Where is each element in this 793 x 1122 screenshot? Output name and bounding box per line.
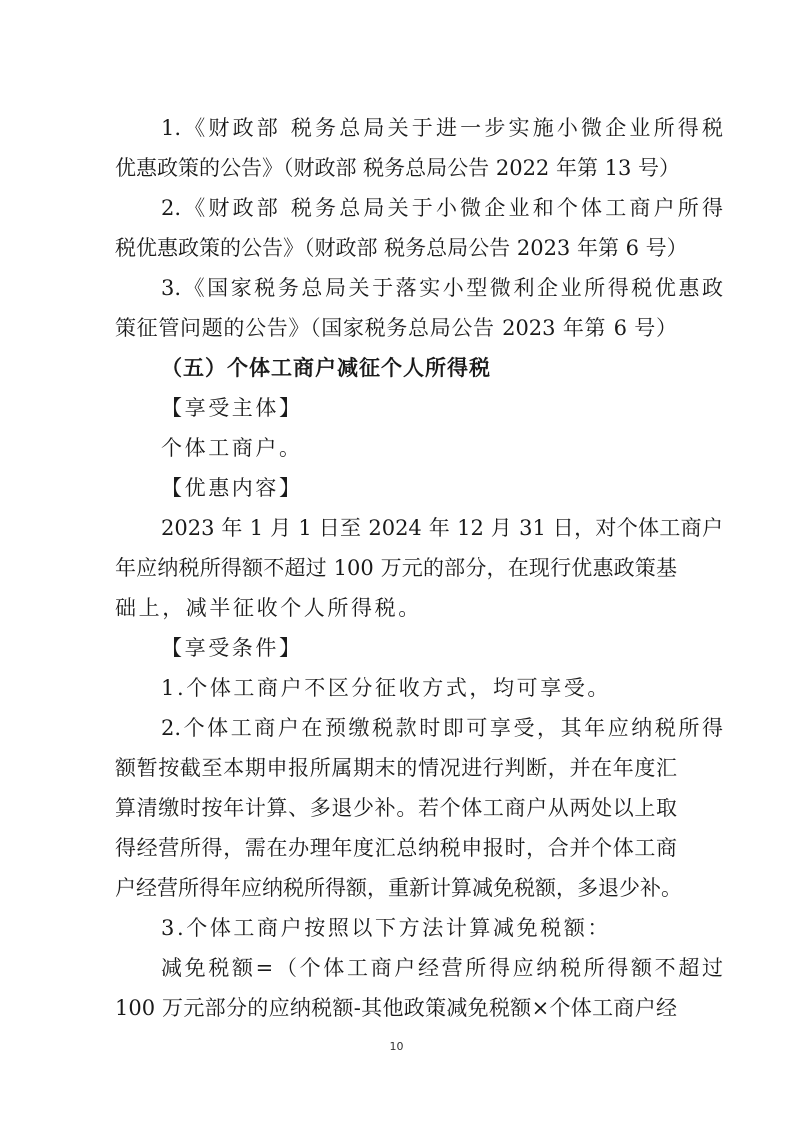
label-benefit-content: 【优惠内容】 (115, 468, 723, 508)
condition-2-line-5: 户经营所得年应纳税所得额，重新计算减免税额，多退少补。 (115, 868, 677, 908)
reference-1-line-2: 优惠政策的公告》（财政部 税务总局公告 2022 年第 13 号） (115, 148, 677, 188)
reference-3-line-1: 3.《国家税务总局关于落实小型微利企业所得税优惠政 (115, 268, 723, 308)
condition-2-line-3: 算清缴时按年计算、多退少补。若个体工商户从两处以上取 (115, 788, 677, 828)
condition-1: 1.个体工商户不区分征收方式，均可享受。 (115, 668, 723, 708)
page-number: 10 (0, 1040, 793, 1053)
condition-2-line-2: 额暂按截至本期申报所属期末的情况进行判断，并在年度汇 (115, 748, 677, 788)
reference-3-line-2: 策征管问题的公告》（国家税务总局公告 2023 年第 6 号） (115, 308, 677, 348)
formula-line-1: 减免税额=（个体工商户经营所得应纳税所得额不超过 (115, 948, 723, 988)
benefit-content-line-1: 2023 年 1 月 1 日至 2024 年 12 月 31 日，对个体工商户 (115, 508, 723, 548)
condition-3: 3.个体工商户按照以下方法计算减免税额： (115, 908, 723, 948)
condition-2-line-1: 2.个体工商户在预缴税款时即可享受，其年应纳税所得 (115, 708, 723, 748)
section-heading: （五）个体工商户减征个人所得税 (115, 348, 723, 388)
benefit-content-line-2: 年应纳税所得额不超过 100 万元的部分，在现行优惠政策基 (115, 548, 677, 588)
condition-2-line-4: 得经营所得，需在办理年度汇总纳税申报时，合并个体工商 (115, 828, 677, 868)
reference-2-line-1: 2.《财政部 税务总局关于小微企业和个体工商户所得 (115, 188, 723, 228)
label-beneficiary: 【享受主体】 (115, 388, 723, 428)
reference-2-line-2: 税优惠政策的公告》（财政部 税务总局公告 2023 年第 6 号） (115, 228, 677, 268)
label-conditions: 【享受条件】 (115, 628, 723, 668)
formula-line-2: 100 万元部分的应纳税额-其他政策减免税额×个体工商户经 (115, 988, 677, 1028)
benefit-content-line-3: 础上，减半征收个人所得税。 (115, 588, 677, 628)
reference-1-line-1: 1.《财政部 税务总局关于进一步实施小微企业所得税 (115, 108, 723, 148)
beneficiary-text: 个体工商户。 (115, 428, 723, 468)
